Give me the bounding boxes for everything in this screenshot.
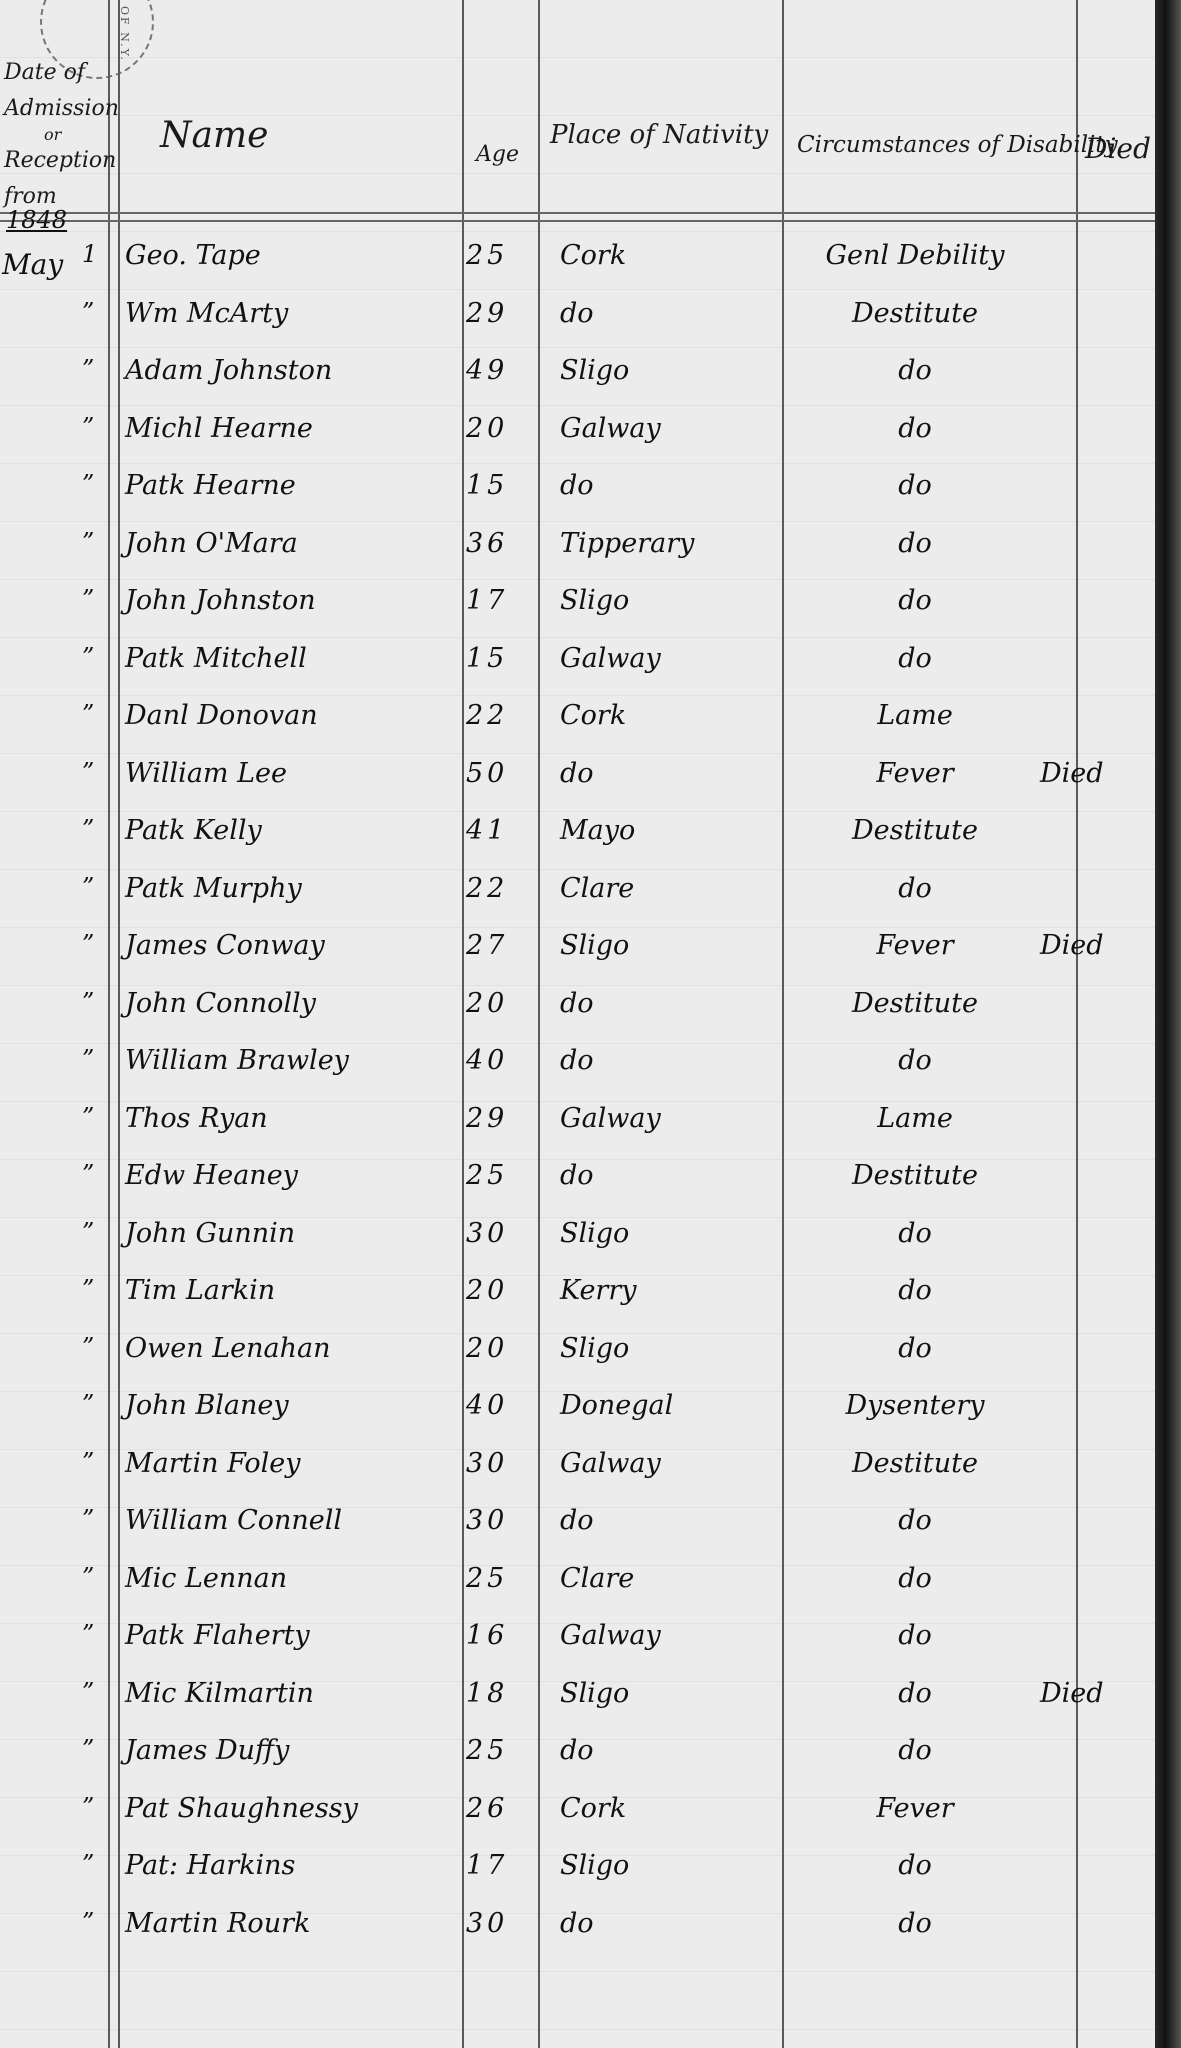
name-cell: Mic Lennan [125,1563,287,1594]
circumstances-cell: Fever [800,930,1030,961]
day-cell: ” [82,1908,94,1936]
circumstances-cell: do [800,585,1030,616]
day-cell: ” [82,1390,94,1418]
table-row: ”James Duffy25dodo [0,1735,1155,1792]
age-cell: 50 [466,758,508,789]
age-cell: 20 [466,1275,508,1306]
age-cell: 30 [466,1448,508,1479]
table-row: ”Adam Johnston49Sligodo [0,355,1155,412]
circumstances-cell: Destitute [800,1160,1030,1191]
day-cell: ” [82,585,94,613]
age-cell: 20 [466,1333,508,1364]
table-row: ”Michl Hearne20Galwaydo [0,413,1155,470]
day-cell: ” [82,470,94,498]
name-cell: James Conway [125,930,325,961]
age-cell: 49 [466,355,508,386]
circumstances-cell: do [800,413,1030,444]
circumstances-cell: do [800,1045,1030,1076]
binding-edge [1155,0,1181,2048]
age-cell: 25 [466,240,508,271]
header-name: Name [160,115,268,156]
age-cell: 36 [466,528,508,559]
table-row: ”Danl Donovan22CorkLame [0,700,1155,757]
place-cell: Galway [560,643,661,674]
name-cell: John Johnston [125,585,316,616]
place-cell: Cork [560,240,626,271]
place-cell: do [560,1908,594,1939]
day-cell: ” [82,298,94,326]
day-cell: ” [82,1735,94,1763]
circumstances-cell: do [800,528,1030,559]
header-line: Admission [4,91,144,127]
place-cell: do [560,988,594,1019]
circumstances-cell: do [800,1333,1030,1364]
table-row: ”John O'Mara36Tipperarydo [0,528,1155,585]
name-cell: Patk Mitchell [125,643,307,674]
name-cell: William Lee [125,758,287,789]
header-rule [0,212,1155,214]
day-cell: ” [82,1448,94,1476]
day-cell: ” [82,815,94,843]
table-row: 1Geo. Tape25CorkGenl Debility [0,240,1155,297]
age-cell: 22 [466,700,508,731]
name-cell: Martin Rourk [125,1908,310,1939]
day-cell: ” [82,1045,94,1073]
age-cell: 30 [466,1908,508,1939]
name-cell: Patk Hearne [125,470,296,501]
circumstances-cell: Lame [800,1103,1030,1134]
table-row: ”Patk Flaherty16Galwaydo [0,1620,1155,1677]
age-cell: 29 [466,298,508,329]
year: 1848 [6,206,67,234]
place-cell: Cork [560,1793,626,1824]
header-line: Reception from [4,143,144,215]
day-cell: ” [82,1218,94,1246]
table-row: ”Martin Foley30GalwayDestitute [0,1448,1155,1505]
header-died: Died [1085,132,1151,165]
age-cell: 40 [466,1045,508,1076]
circumstances-cell: do [800,1563,1030,1594]
place-cell: Tipperary [560,528,694,559]
day-cell: ” [82,1678,94,1706]
circumstances-cell: do [800,643,1030,674]
age-cell: 30 [466,1505,508,1536]
table-row: ”Patk Hearne15dodo [0,470,1155,527]
day-cell: 1 [82,240,97,268]
circumstances-cell: do [800,1505,1030,1536]
place-cell: Sligo [560,1678,629,1709]
name-cell: John O'Mara [125,528,298,559]
died-cell: Died [1040,758,1104,789]
place-cell: Sligo [560,1333,629,1364]
circumstances-cell: Destitute [800,815,1030,846]
header-place-of-nativity: Place of Nativity [550,120,768,150]
day-cell: ” [82,1275,94,1303]
name-cell: Geo. Tape [125,240,261,271]
table-row: ”Patk Kelly41MayoDestitute [0,815,1155,872]
table-row: ”Thos Ryan29GalwayLame [0,1103,1155,1160]
table-row: ”Wm McArty29doDestitute [0,298,1155,355]
place-cell: do [560,1505,594,1536]
age-cell: 20 [466,413,508,444]
day-cell: ” [82,1333,94,1361]
circumstances-cell: Dysentery [800,1390,1030,1421]
place-cell: Galway [560,1620,661,1651]
circumstances-cell: do [800,1678,1030,1709]
age-cell: 17 [466,1850,508,1881]
name-cell: Owen Lenahan [125,1333,330,1364]
age-cell: 40 [466,1390,508,1421]
table-row: ”John Johnston17Sligodo [0,585,1155,642]
day-cell: ” [82,700,94,728]
place-cell: Clare [560,1563,634,1594]
name-cell: Thos Ryan [125,1103,268,1134]
header-rule [0,220,1155,222]
day-cell: ” [82,355,94,383]
name-cell: Adam Johnston [125,355,332,386]
circumstances-cell: Destitute [800,988,1030,1019]
place-cell: Cork [560,700,626,731]
age-cell: 20 [466,988,508,1019]
age-cell: 16 [466,1620,508,1651]
place-cell: do [560,1045,594,1076]
table-row: ”John Blaney40DonegalDysentery [0,1390,1155,1447]
day-cell: ” [82,930,94,958]
header-line: Date of [4,55,144,91]
day-cell: ” [82,1103,94,1131]
died-cell: Died [1040,930,1104,961]
place-cell: Galway [560,1103,661,1134]
place-cell: do [560,1735,594,1766]
circumstances-cell: do [800,1735,1030,1766]
header-line: or [4,127,144,143]
circumstances-cell: Fever [800,758,1030,789]
table-row: ”Martin Rourk30dodo [0,1908,1155,1965]
circumstances-cell: do [800,355,1030,386]
name-cell: Wm McArty [125,298,288,329]
day-cell: ” [82,1793,94,1821]
day-cell: ” [82,1850,94,1878]
day-cell: ” [82,873,94,901]
name-cell: Patk Flaherty [125,1620,310,1651]
name-cell: John Connolly [125,988,316,1019]
day-cell: ” [82,758,94,786]
circumstances-cell: do [800,1908,1030,1939]
name-cell: Patk Murphy [125,873,302,904]
place-cell: Sligo [560,930,629,961]
name-cell: Mic Kilmartin [125,1678,314,1709]
day-cell: ” [82,988,94,1016]
age-cell: 27 [466,930,508,961]
circumstances-cell: do [800,470,1030,501]
circumstances-cell: do [800,1620,1030,1651]
name-cell: Edw Heaney [125,1160,298,1191]
place-cell: Donegal [560,1390,673,1421]
header-age: Age [476,142,519,167]
name-cell: Patk Kelly [125,815,262,846]
place-cell: do [560,758,594,789]
table-row: ”John Gunnin30Sligodo [0,1218,1155,1275]
day-cell: ” [82,1160,94,1188]
place-cell: Galway [560,1448,661,1479]
table-row: ”Tim Larkin20Kerrydo [0,1275,1155,1332]
name-cell: Martin Foley [125,1448,301,1479]
name-cell: William Connell [125,1505,342,1536]
place-cell: Galway [560,413,661,444]
name-cell: John Gunnin [125,1218,295,1249]
table-row: ”Edw Heaney25doDestitute [0,1160,1155,1217]
place-cell: Sligo [560,1850,629,1881]
place-cell: do [560,470,594,501]
name-cell: James Duffy [125,1735,289,1766]
header-circumstances: Circumstances of Disability [797,132,1118,158]
name-cell: Tim Larkin [125,1275,275,1306]
day-cell: ” [82,643,94,671]
age-cell: 25 [466,1735,508,1766]
name-cell: Pat Shaughnessy [125,1793,358,1824]
table-row: ”Patk Mitchell15Galwaydo [0,643,1155,700]
day-cell: ” [82,413,94,441]
day-cell: ” [82,1505,94,1533]
age-cell: 17 [466,585,508,616]
place-cell: Clare [560,873,634,904]
table-row: ”Mic Lennan25Claredo [0,1563,1155,1620]
table-row: ”William Brawley40dodo [0,1045,1155,1102]
table-row: ”James Conway27SligoFeverDied [0,930,1155,987]
place-cell: Sligo [560,355,629,386]
place-cell: do [560,1160,594,1191]
name-cell: Danl Donovan [125,700,318,731]
age-cell: 30 [466,1218,508,1249]
day-cell: ” [82,528,94,556]
table-row: ”Pat Shaughnessy26CorkFever [0,1793,1155,1850]
place-cell: Mayo [560,815,635,846]
circumstances-cell: Genl Debility [800,240,1030,271]
table-row: ”Pat: Harkins17Sligodo [0,1850,1155,1907]
ledger-page: OF N.Y. Date of Admission or Reception f… [0,0,1155,2048]
circumstances-cell: Destitute [800,1448,1030,1479]
name-cell: Pat: Harkins [125,1850,295,1881]
died-cell: Died [1040,1678,1104,1709]
age-cell: 15 [466,470,508,501]
stamp-text: OF N.Y. [118,6,131,62]
age-cell: 18 [466,1678,508,1709]
circumstances-cell: Fever [800,1793,1030,1824]
table-row: ”Owen Lenahan20Sligodo [0,1333,1155,1390]
age-cell: 22 [466,873,508,904]
circumstances-cell: Destitute [800,298,1030,329]
name-cell: John Blaney [125,1390,289,1421]
table-row: ”Patk Murphy22Claredo [0,873,1155,930]
place-cell: Kerry [560,1275,637,1306]
age-cell: 29 [466,1103,508,1134]
header-date-of-admission: Date of Admission or Reception from [4,55,144,215]
age-cell: 25 [466,1160,508,1191]
circumstances-cell: do [800,1275,1030,1306]
place-cell: do [560,298,594,329]
day-cell: ” [82,1563,94,1591]
place-cell: Sligo [560,585,629,616]
day-cell: ” [82,1620,94,1648]
table-row: ”William Lee50doFeverDied [0,758,1155,815]
circumstances-cell: do [800,1218,1030,1249]
name-cell: Michl Hearne [125,413,313,444]
age-cell: 41 [466,815,508,846]
table-row: ”William Connell30dodo [0,1505,1155,1562]
table-row: ”John Connolly20doDestitute [0,988,1155,1045]
age-cell: 15 [466,643,508,674]
circumstances-cell: do [800,873,1030,904]
name-cell: William Brawley [125,1045,349,1076]
circumstances-cell: do [800,1850,1030,1881]
age-cell: 26 [466,1793,508,1824]
circumstances-cell: Lame [800,700,1030,731]
age-cell: 25 [466,1563,508,1594]
place-cell: Sligo [560,1218,629,1249]
table-row: ”Mic Kilmartin18SligodoDied [0,1678,1155,1735]
